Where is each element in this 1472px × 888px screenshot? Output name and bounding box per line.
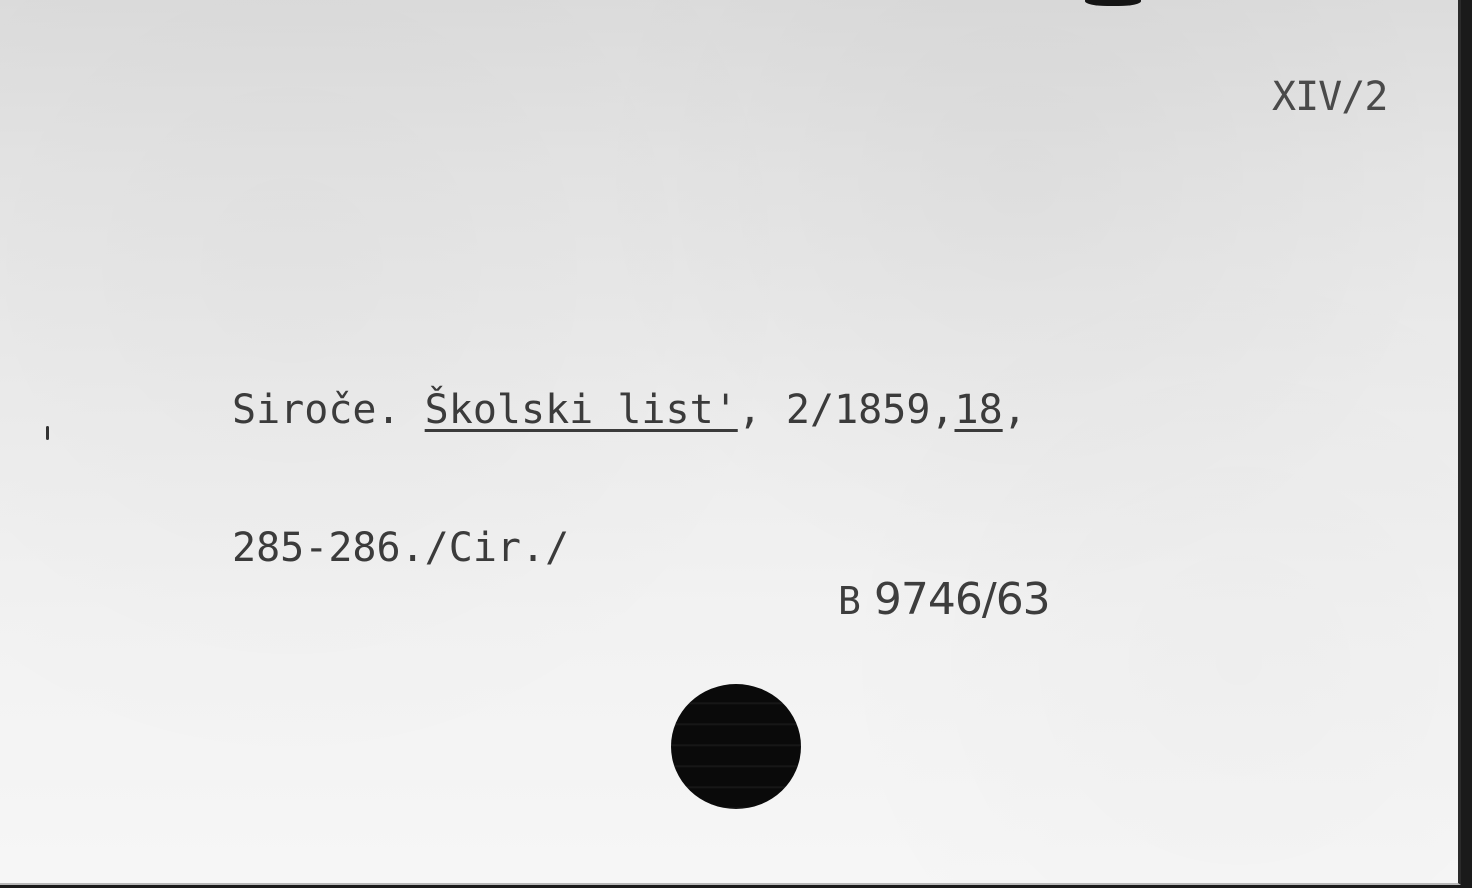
entry-volume: 18	[955, 387, 1003, 433]
entry-pages: 285-286.	[232, 525, 425, 571]
accession-prefix: B	[838, 579, 860, 623]
classmark: XIV/2	[1272, 74, 1387, 120]
entry-issue: , 2/1859	[738, 387, 931, 433]
entry-title: Školski list'	[425, 387, 738, 433]
catalog-card: XIV/2 Siroče. Školski list', 2/1859,18, …	[0, 0, 1461, 885]
entry-line-2: 285-286./Cir./	[232, 525, 1027, 571]
entry-line-end: ,	[1003, 387, 1027, 433]
punch-hole	[671, 684, 801, 809]
entry-author: Siroče.	[232, 387, 401, 433]
ink-blot	[1085, 0, 1141, 6]
entry-script-note: /Cir./	[425, 525, 570, 571]
accession-value: 9746/63	[874, 574, 1050, 625]
entry-volume-sep: ,	[930, 387, 954, 433]
entry-line-1: Siroče. Školski list', 2/1859,18,	[232, 387, 1027, 433]
stray-mark	[46, 426, 49, 440]
accession-number: B9746/63	[838, 574, 1050, 625]
